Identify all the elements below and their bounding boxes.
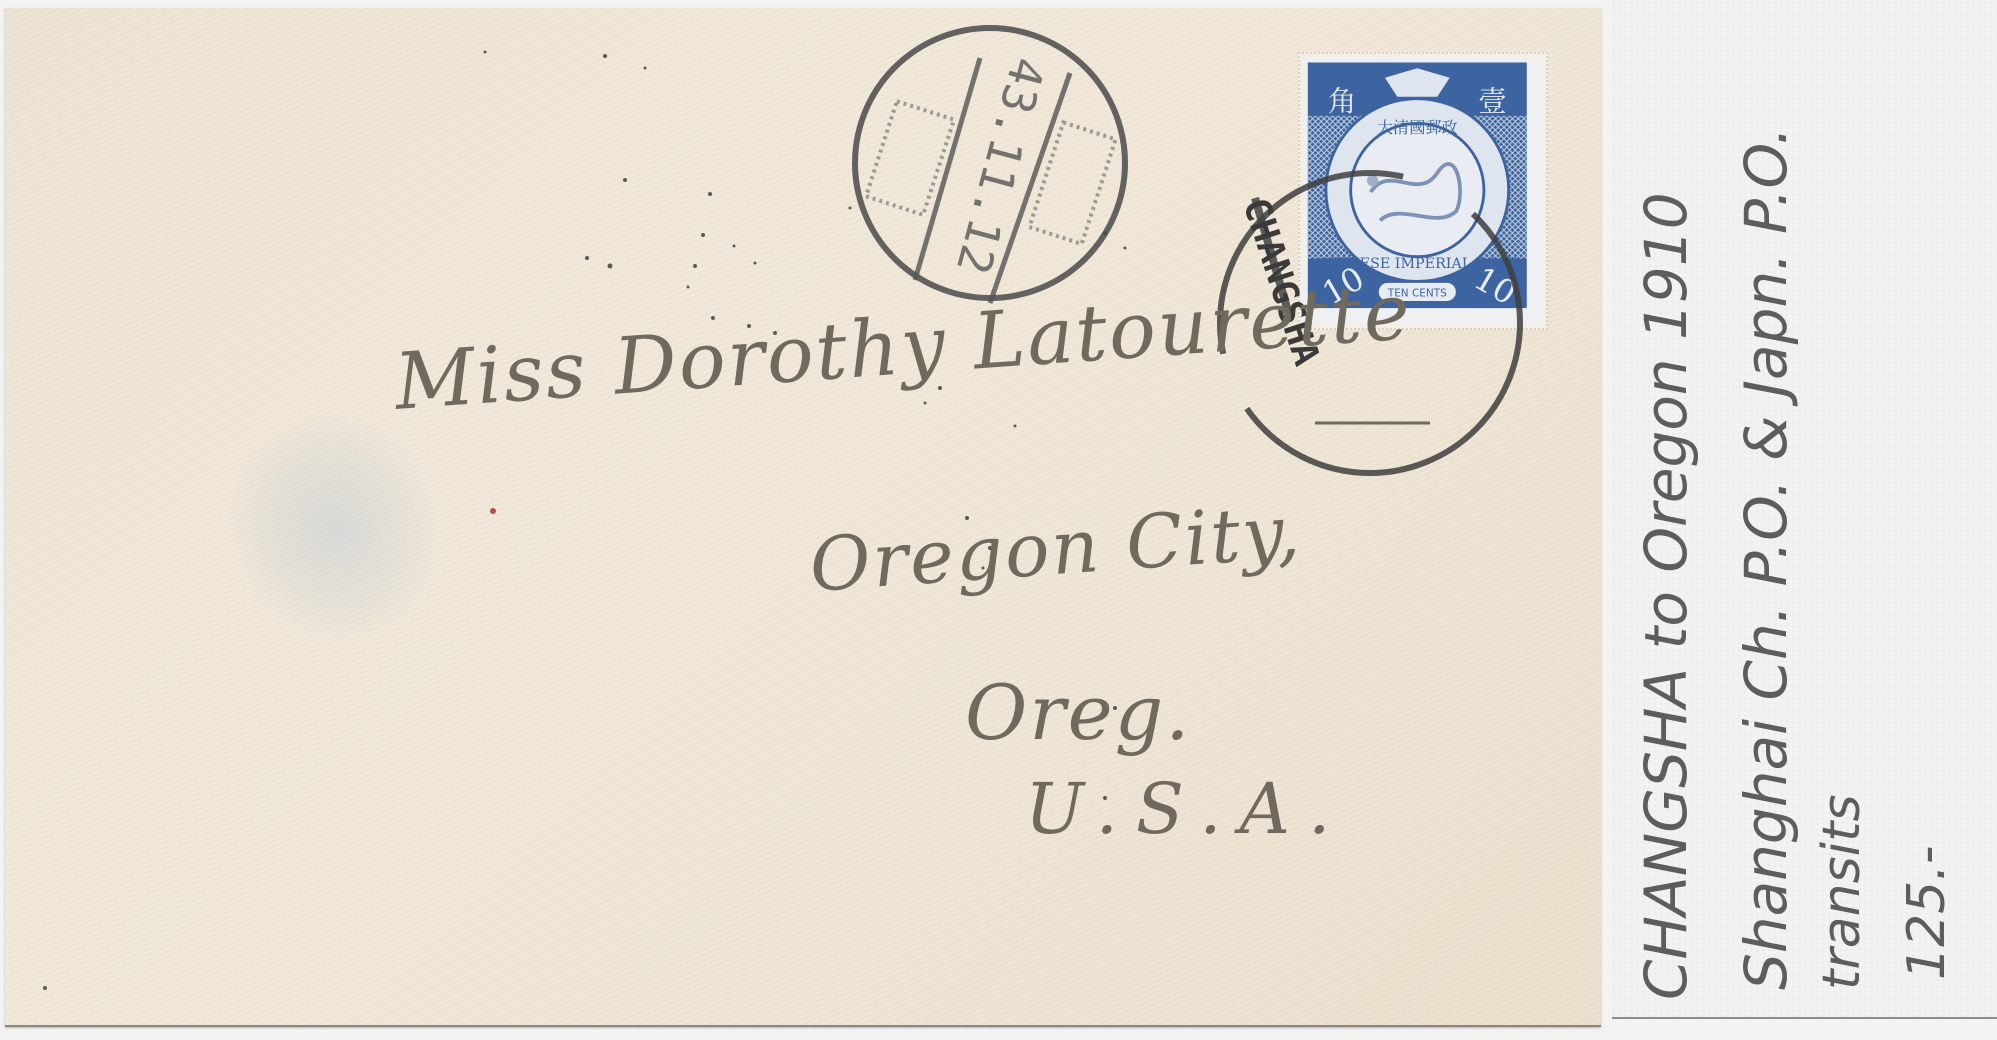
- recipient-state: Oreg.: [965, 668, 1191, 757]
- note-line-price: 125.-: [1897, 845, 1957, 980]
- svg-text:大清國郵政: 大清國郵政: [1377, 118, 1458, 137]
- svg-text:壹: 壹: [1478, 84, 1507, 118]
- note-line-route: CHANGSHA to Oregon 1910: [1632, 192, 1700, 1000]
- japanese-transit-postmark: 43.11.12: [840, 18, 1140, 308]
- recipient-country: U.S.A.: [1025, 768, 1348, 850]
- note-line-transits: Shanghai Ch. P.O. & Japn. P.O.: [1732, 127, 1800, 990]
- envelope: 角 壹 大清國郵政 CHINESE IMPERIAL POST TEN CENT…: [5, 8, 1601, 1027]
- dealer-note-card: CHANGSHA to Oregon 1910 Shanghai Ch. P.O…: [1612, 0, 1997, 1019]
- note-line-transits-label: transits: [1812, 794, 1872, 990]
- svg-text:角: 角: [1328, 84, 1357, 118]
